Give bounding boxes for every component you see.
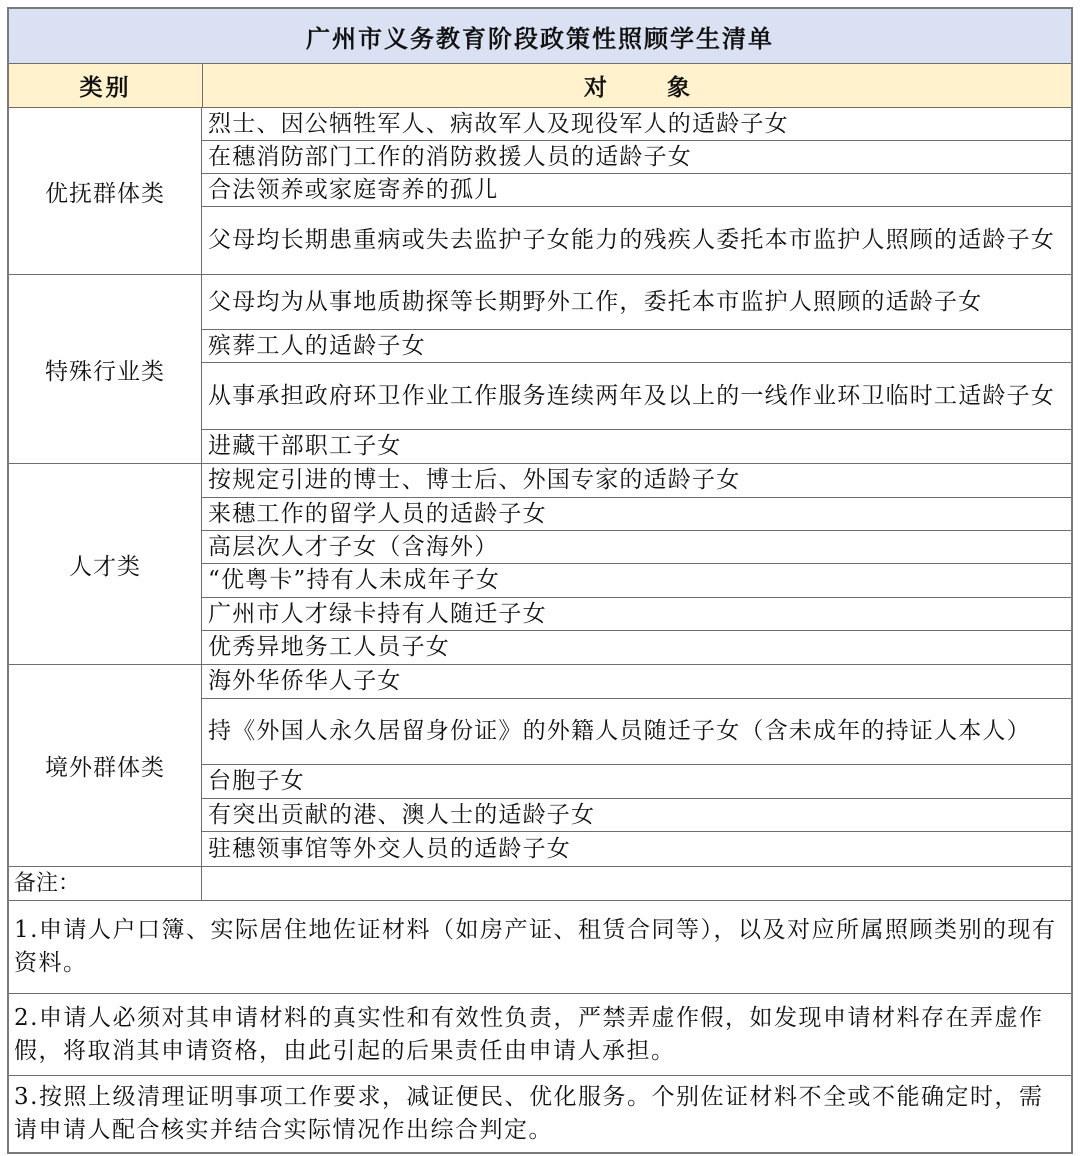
list-item: 殡葬工人的适龄子女 bbox=[202, 330, 1071, 363]
list-item: 来穗工作的留学人员的适龄子女 bbox=[202, 498, 1071, 531]
list-item: 驻穗领事馆等外交人员的适龄子女 bbox=[202, 832, 1071, 866]
category-cell: 特殊行业类 bbox=[9, 275, 202, 463]
list-item: 烈士、因公牺牲军人、病故军人及现役军人的适龄子女 bbox=[202, 108, 1071, 141]
list-item: 父母均为从事地质勘探等长期野外工作，委托本市监护人照顾的适龄子女 bbox=[202, 275, 1071, 330]
header-target: 对 象 bbox=[203, 64, 1071, 107]
group-items: 烈士、因公牺牲军人、病故军人及现役军人的适龄子女 在穗消防部门工作的消防救援人员… bbox=[202, 108, 1071, 274]
list-item: 在穗消防部门工作的消防救援人员的适龄子女 bbox=[202, 141, 1071, 174]
group-items: 海外华侨华人子女 持《外国人永久居留身份证》的外籍人员随迁子女（含未成年的持证人… bbox=[202, 665, 1071, 866]
group-special-industry: 特殊行业类 父母均为从事地质勘探等长期野外工作，委托本市监护人照顾的适龄子女 殡… bbox=[9, 275, 1071, 464]
list-item: 有突出贡献的港、澳人士的适龄子女 bbox=[202, 799, 1071, 832]
table-title: 广州市义务教育阶段政策性照顾学生清单 bbox=[9, 9, 1071, 64]
group-items: 按规定引进的博士、博士后、外国专家的适龄子女 来穗工作的留学人员的适龄子女 高层… bbox=[202, 464, 1071, 664]
category-cell: 境外群体类 bbox=[9, 665, 202, 866]
notes-header-row: 备注： bbox=[9, 867, 1071, 901]
policy-student-table: 广州市义务教育阶段政策性照顾学生清单 类别 对 象 优抚群体类 烈士、因公牺牲军… bbox=[7, 7, 1073, 1154]
list-item: “优粤卡”持有人未成年子女 bbox=[202, 564, 1071, 598]
list-item: 广州市人才绿卡持有人随迁子女 bbox=[202, 598, 1071, 631]
list-item: 台胞子女 bbox=[202, 765, 1071, 799]
category-cell: 人才类 bbox=[9, 464, 202, 664]
note-item: 2.申请人必须对其申请材料的真实性和有效性负责，严禁弄虚作假，如发现申请材料存在… bbox=[9, 994, 1071, 1076]
notes-empty-cell bbox=[202, 867, 1071, 900]
group-items: 父母均为从事地质勘探等长期野外工作，委托本市监护人照顾的适龄子女 殡葬工人的适龄… bbox=[202, 275, 1071, 463]
notes-label: 备注： bbox=[9, 867, 202, 900]
note-item: 1.申请人户口簿、实际居住地佐证材料（如房产证、租赁合同等），以及对应所属照顾类… bbox=[9, 901, 1071, 994]
group-overseas: 境外群体类 海外华侨华人子女 持《外国人永久居留身份证》的外籍人员随迁子女（含未… bbox=[9, 665, 1071, 867]
list-item: 进藏干部职工子女 bbox=[202, 430, 1071, 463]
header-category: 类别 bbox=[9, 64, 203, 107]
category-cell: 优抚群体类 bbox=[9, 108, 202, 274]
list-item: 按规定引进的博士、博士后、外国专家的适龄子女 bbox=[202, 464, 1071, 498]
list-item: 父母均长期患重病或失去监护子女能力的残疾人委托本市监护人照顾的适龄子女 bbox=[202, 207, 1071, 274]
group-youfu: 优抚群体类 烈士、因公牺牲军人、病故军人及现役军人的适龄子女 在穗消防部门工作的… bbox=[9, 108, 1071, 275]
list-item: 高层次人才子女（含海外） bbox=[202, 531, 1071, 564]
list-item: 海外华侨华人子女 bbox=[202, 665, 1071, 699]
list-item: 优秀异地务工人员子女 bbox=[202, 631, 1071, 664]
list-item: 持《外国人永久居留身份证》的外籍人员随迁子女（含未成年的持证人本人） bbox=[202, 699, 1071, 765]
table-header-row: 类别 对 象 bbox=[9, 64, 1071, 108]
note-item: 3.按照上级清理证明事项工作要求，减证便民、优化服务。个别佐证材料不全或不能确定… bbox=[9, 1076, 1071, 1152]
header-target-char1: 对 bbox=[584, 69, 607, 102]
list-item: 合法领养或家庭寄养的孤儿 bbox=[202, 174, 1071, 207]
header-target-char2: 象 bbox=[667, 69, 690, 102]
list-item: 从事承担政府环卫作业工作服务连续两年及以上的一线作业环卫临时工适龄子女 bbox=[202, 363, 1071, 430]
group-talent: 人才类 按规定引进的博士、博士后、外国专家的适龄子女 来穗工作的留学人员的适龄子… bbox=[9, 464, 1071, 665]
